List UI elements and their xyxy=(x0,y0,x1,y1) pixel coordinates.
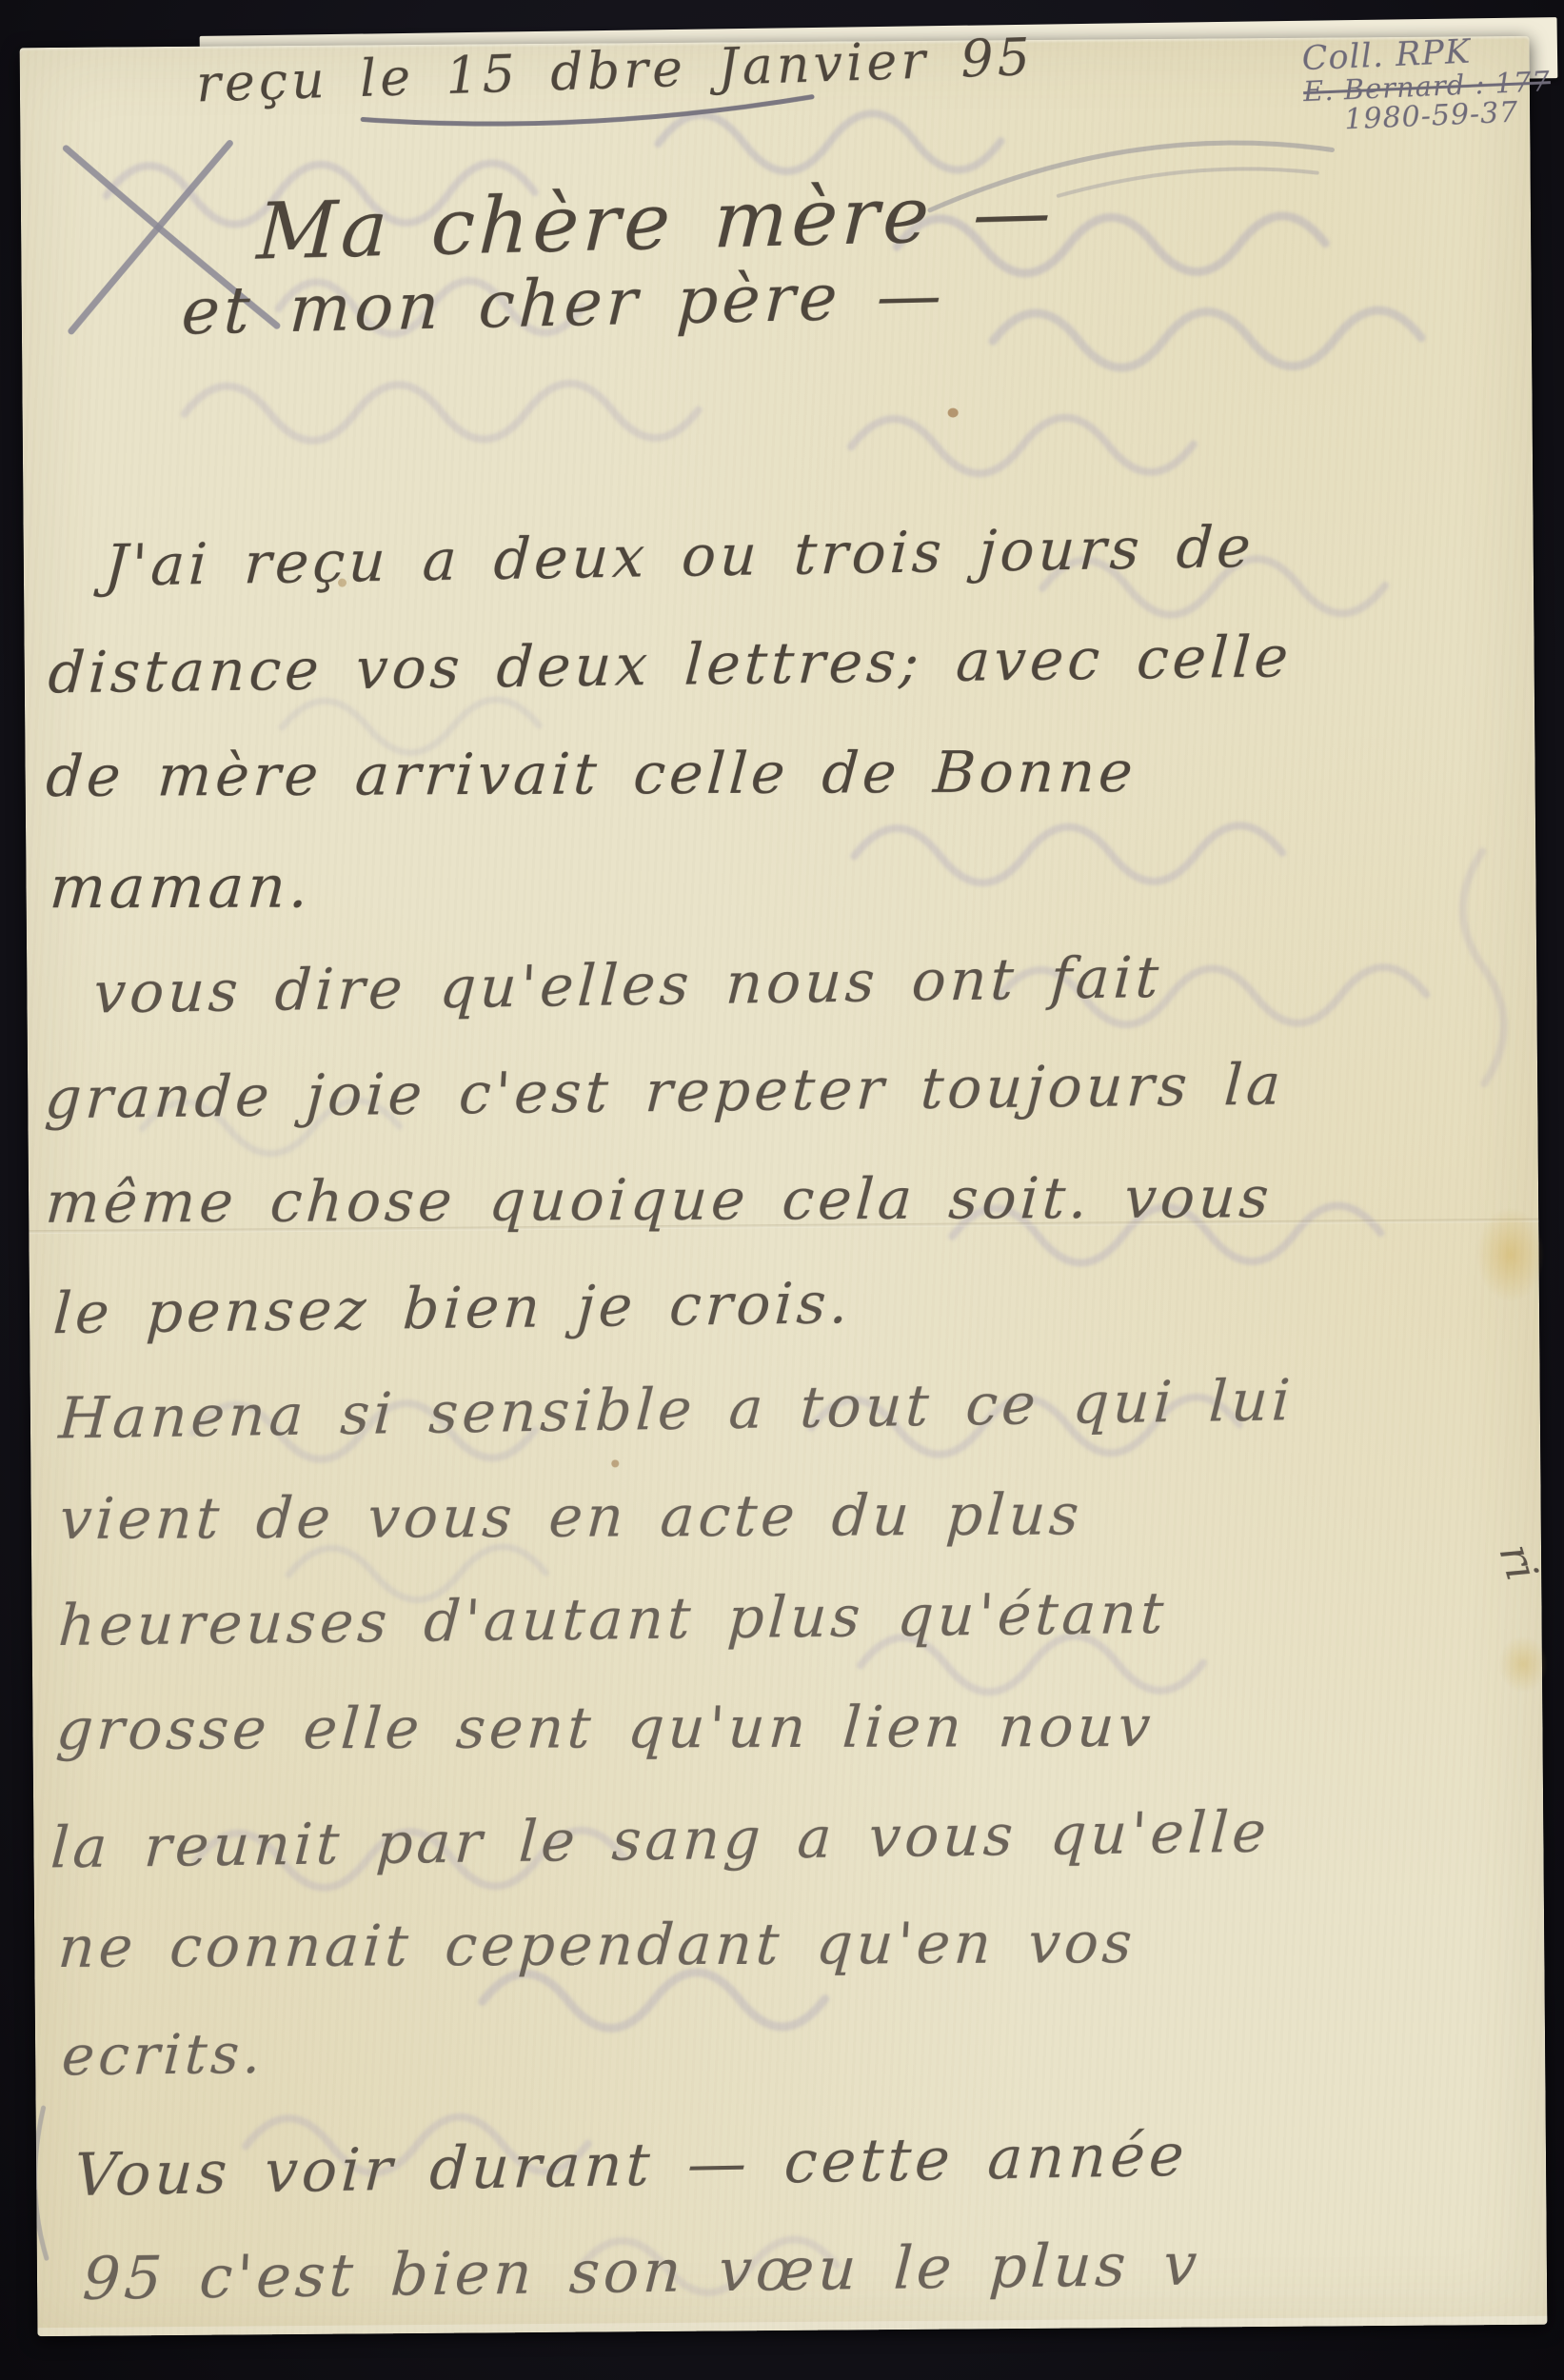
body-line: heureuses d'autant plus qu'étant xyxy=(57,1585,1169,1655)
body-line: ne connait cependant qu'en vos xyxy=(56,1914,1138,1976)
letter-paper: reçu le 15 dbre Janvier 95 Coll. RPK E. … xyxy=(20,36,1548,2336)
salutation-line2: et mon cher père — xyxy=(180,264,946,346)
body-line: vient de vous en acte du plus xyxy=(58,1486,1084,1548)
body-line: même chose quoique cela soit. vous xyxy=(44,1169,1274,1232)
pencil-scribble xyxy=(1059,169,1317,196)
body-line: vous dire qu'elles nous ont fait xyxy=(92,949,1164,1022)
body-line: de mère arrivait celle de Bonne xyxy=(45,744,1138,805)
body-line: 95 c'est bien son vœu le plus v xyxy=(81,2234,1202,2308)
body-line: ecrits. xyxy=(60,2026,266,2083)
paper-speck xyxy=(611,1459,619,1467)
salutation-line1: Ma chère mère — xyxy=(255,173,1056,271)
paper-stain xyxy=(1498,1636,1548,1693)
margin-paren xyxy=(34,2108,47,2258)
margin-overflow-fragment: ri xyxy=(1489,1538,1548,1586)
collection-stamp-line3: 1980-59-37 xyxy=(1344,96,1553,135)
body-line: grande joie c'est repeter toujours la xyxy=(44,1057,1286,1128)
body-line: maman. xyxy=(48,858,313,918)
paper-speck xyxy=(948,408,959,418)
body-line: grosse elle sent qu'un lien nouv xyxy=(54,1698,1156,1758)
body-line: la reunit par le sang a vous qu'elle xyxy=(49,1804,1272,1877)
body-line: J'ai reçu a deux ou trois jours de xyxy=(103,519,1256,595)
photograph-scene: reçu le 15 dbre Janvier 95 Coll. RPK E. … xyxy=(0,0,1564,2380)
body-line: le pensez bien je crois. xyxy=(51,1275,853,1342)
paper-stain xyxy=(1475,1207,1545,1303)
body-line: Vous voir durant — cette année xyxy=(73,2126,1190,2206)
collection-stamp: Coll. RPK E. Bernard : 177 1980-59-37 xyxy=(1301,31,1553,137)
body-line: Hanena si sensible a tout ce qui lui xyxy=(57,1372,1295,1447)
body-line: distance vos deux lettres; avec celle xyxy=(47,628,1294,702)
